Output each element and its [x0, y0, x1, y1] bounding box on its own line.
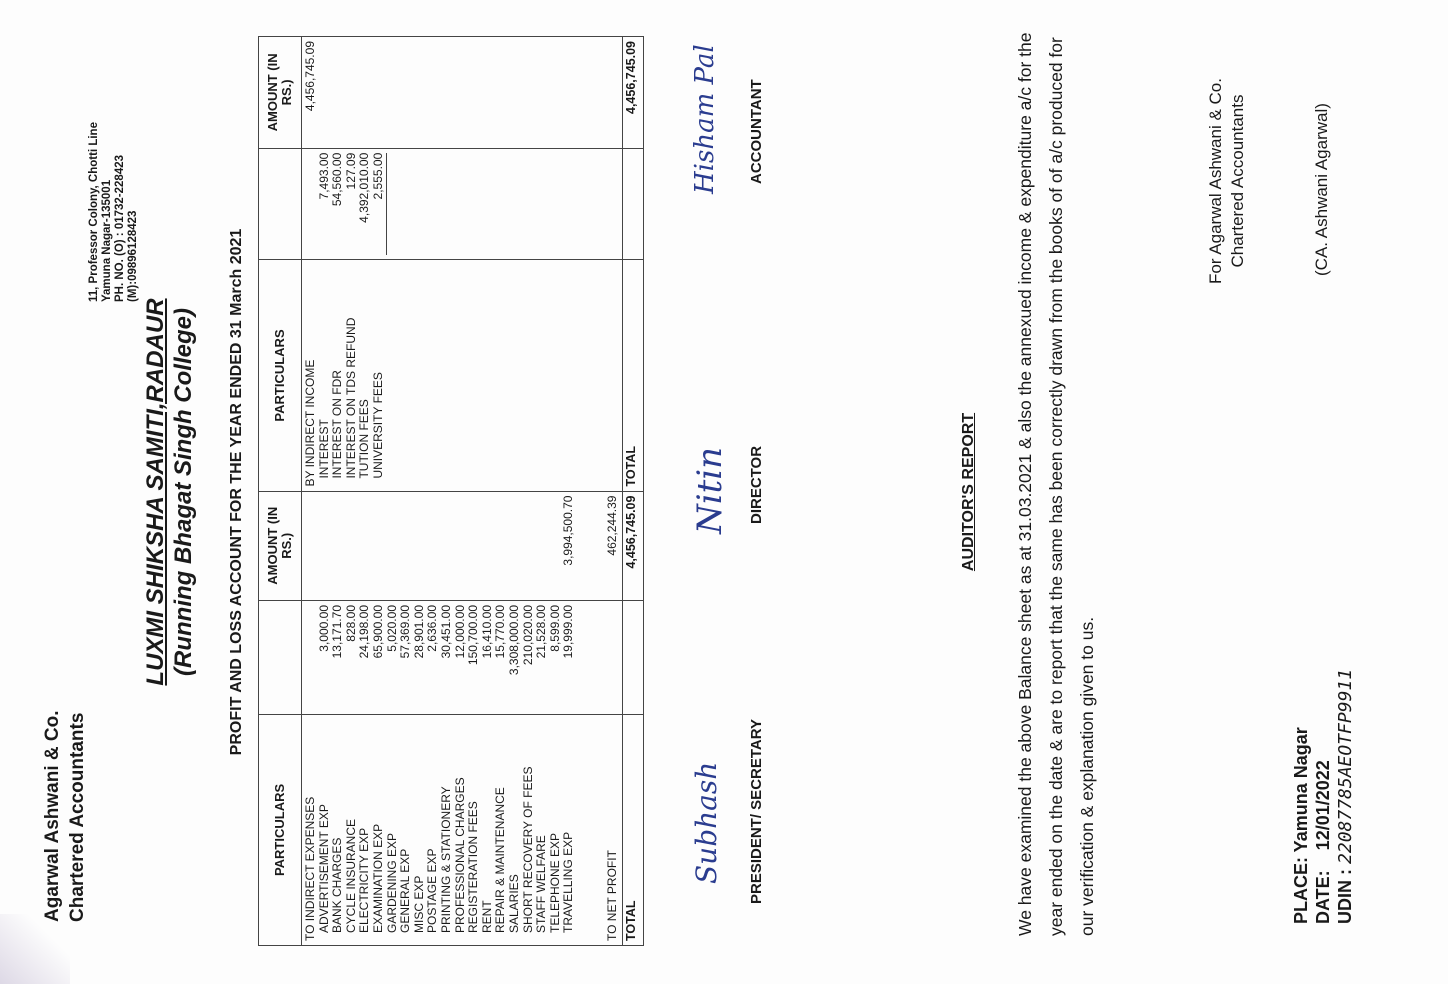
expense-item-amount: 65,900.00 — [372, 605, 386, 710]
director-label: DIRECTOR — [748, 446, 765, 524]
total-label-left: TOTAL — [622, 714, 643, 945]
income-item-label: UNIVERSITY FEES — [372, 264, 386, 486]
header-amount-right: AMOUNT (IN RS.) — [259, 37, 302, 149]
document-page: Agarwal Ashwani & Co. Chartered Accounta… — [0, 0, 1448, 984]
income-item-amount: 127.09 — [345, 153, 359, 256]
expense-item-amount: 57,369.00 — [399, 605, 413, 710]
organization-header: LUXMI SHIKSHA SAMITI,RADAUR (Running Bha… — [142, 0, 198, 984]
income-item-amount: 7,493.00 — [318, 153, 332, 256]
table-body-row: TO INDIRECT EXPENSES ADVERTISEMENT EXPBA… — [302, 37, 623, 946]
header-particulars-left: PARTICULARS — [259, 714, 302, 945]
expense-item-amount: 19,999.00 — [562, 605, 576, 710]
expense-item-label: SALARIES — [508, 719, 522, 941]
table-total-row: TOTAL 4,456,745.09 TOTAL 4,456,745.09 — [622, 37, 643, 946]
expense-item-label: GENERAL EXP — [399, 719, 413, 941]
income-group-label: BY INDIRECT INCOME — [304, 264, 318, 486]
expense-item-label: GARDENING EXP — [386, 719, 400, 941]
expense-item-label: BANK CHARGES — [331, 719, 345, 941]
total-label-right: TOTAL — [622, 260, 643, 491]
expense-item-amount: 28,901.00 — [413, 605, 427, 710]
total-amount-left: 4,456,745.09 — [622, 491, 643, 600]
expense-item-label: STAFF WELFARE — [535, 719, 549, 941]
address-line: Yamuna Nagar-135001 — [101, 122, 114, 302]
income-item-amount: 54,560.00 — [331, 153, 345, 256]
expense-item-label: REPAIR & MAINTENANCE — [494, 719, 508, 941]
expense-subtotals: 3,994,500.70 462,244.39 — [302, 491, 623, 600]
expense-item-amount: 8,599.00 — [549, 605, 563, 710]
expense-item-label: TELEPHONE EXP — [549, 719, 563, 941]
udin-value: 22087785AEOTFP9911 — [1335, 669, 1356, 864]
organization-name: LUXMI SHIKSHA SAMITI,RADAUR — [142, 0, 170, 984]
expense-item-amount: 3,000.00 — [318, 605, 332, 710]
total-amount-right: 4,456,745.09 — [622, 37, 643, 149]
expense-item-amount: 150,700.00 — [467, 605, 481, 710]
expense-item-amount: 21,528.00 — [535, 605, 549, 710]
expense-item-amount: 828.00 — [345, 605, 359, 710]
expense-item-amount: 13,171.70 — [331, 605, 345, 710]
place-label: PLACE: — [1291, 857, 1311, 924]
expense-item-label: MISC EXP — [413, 719, 427, 941]
place-date-block: PLACE: Yamuna Nagar DATE: 12/01/2022 UDI… — [1290, 669, 1357, 924]
income-item-label: INTEREST ON FDR — [331, 264, 345, 486]
income-amounts: 7,493.0054,560.00127.094,392,010.002,555… — [302, 148, 623, 260]
director-signature: Nitin — [690, 447, 730, 534]
income-item-label: INTEREST ON TDS REFUND — [345, 264, 359, 486]
firm-address: 11, Professor Colony, Chotti Line Yamuna… — [88, 122, 140, 302]
expense-item-label: REGISTERATION FEES — [467, 719, 481, 941]
expense-item-amount: 5,020.00 — [386, 605, 400, 710]
expense-item-amount: 24,198.00 — [358, 605, 372, 710]
net-profit-label: TO NET PROFIT — [606, 719, 620, 941]
statement-title: PROFIT AND LOSS ACCOUNT FOR THE YEAR END… — [228, 0, 246, 984]
expense-item-label: SHORT RECOVERY OF FEES — [522, 719, 536, 941]
expense-item-label: ELECTRICITY EXP — [358, 719, 372, 941]
for-firm-subtitle: Chartered Accountants — [1227, 78, 1249, 284]
president-signature: Subhash — [690, 762, 723, 884]
income-item-label: TUTION FEES — [358, 264, 372, 486]
firm-name: Agarwal Ashwani & Co. — [40, 711, 65, 923]
place-value: Yamuna Nagar — [1291, 727, 1311, 852]
firm-subtitle: Chartered Accountants — [65, 711, 90, 923]
expense-item-amount: 12,000.00 — [454, 605, 468, 710]
scanned-document: Agarwal Ashwani & Co. Chartered Accounta… — [0, 0, 1448, 984]
address-line: 11, Professor Colony, Chotti Line — [88, 122, 101, 302]
expense-item-label: EXAMINATION EXP — [372, 719, 386, 941]
expense-item-label: TRAVELLING EXP — [562, 719, 576, 941]
header-amount-left: AMOUNT (IN RS.) — [259, 491, 302, 600]
address-line: PH. NO. (O) : 01732-228423 — [114, 122, 127, 302]
profit-loss-table: PARTICULARS AMOUNT (IN RS.) PARTICULARS … — [258, 36, 644, 946]
expense-item-label: RENT — [481, 719, 495, 941]
expense-group-label: TO INDIRECT EXPENSES — [304, 719, 318, 941]
income-labels: BY INDIRECT INCOME INTERESTINTEREST ON F… — [302, 260, 623, 491]
expense-item-amount: 16,410.00 — [481, 605, 495, 710]
auditor-report-title: AUDITOR'S REPORT — [960, 0, 978, 984]
auditor-report-body: We have examined the above Balance sheet… — [1010, 16, 1103, 936]
expense-item-label: ADVERTISEMENT EXP — [318, 719, 332, 941]
accountant-signature: Hisham Pal — [690, 44, 720, 194]
income-item-amount: 4,392,010.00 — [358, 153, 372, 256]
udin-label: UDIN : — [1335, 869, 1355, 924]
expense-item-amount: 30,451.00 — [440, 605, 454, 710]
organization-subtitle: (Running Bhagat Singh College) — [170, 0, 198, 984]
expense-item-label: CYCLE INSURANCE — [345, 719, 359, 941]
scan-smudge — [0, 914, 70, 984]
expense-group-total: 3,994,500.70 — [562, 496, 576, 596]
income-item-label: INTEREST — [318, 264, 332, 486]
expense-item-amount: 3,308,000.00 — [508, 605, 522, 710]
income-item-amount: 2,555.00 — [372, 153, 387, 256]
expense-item-label: POSTAGE EXP — [426, 719, 440, 941]
president-secretary-label: PRESIDENT/ SECRETARY — [748, 719, 765, 904]
net-profit-amount: 462,244.39 — [606, 496, 620, 596]
address-line: (M):09896128423 — [127, 122, 140, 302]
expense-item-amount: 2,636.00 — [426, 605, 440, 710]
expense-item-label: PROFESSIONAL CHARGES — [454, 719, 468, 941]
expense-item-amount: 15,770.00 — [494, 605, 508, 710]
income-subtotals: 4,456,745.09 — [302, 37, 623, 149]
expense-item-amount: 210,020.00 — [522, 605, 536, 710]
expense-labels: TO INDIRECT EXPENSES ADVERTISEMENT EXPBA… — [302, 714, 623, 945]
income-group-total: 4,456,745.09 — [304, 41, 318, 144]
for-firm-name: For Agarwal Ashwani & Co. — [1205, 78, 1227, 284]
firm-header: Agarwal Ashwani & Co. Chartered Accounta… — [40, 711, 90, 923]
table-header-row: PARTICULARS AMOUNT (IN RS.) PARTICULARS … — [259, 37, 302, 946]
header-particulars-right: PARTICULARS — [259, 260, 302, 491]
accountant-label: ACCOUNTANT — [748, 79, 765, 184]
auditor-signatory: (CA. Ashwani Agarwal) — [1312, 103, 1332, 276]
expense-item-label: PRINTING & STATIONERY — [440, 719, 454, 941]
auditor-firm-block: For Agarwal Ashwani & Co. Chartered Acco… — [1205, 78, 1249, 284]
date-value: 12/01/2022 — [1313, 760, 1333, 850]
expense-amounts: 3,000.0013,171.70828.0024,198.0065,900.0… — [302, 601, 623, 715]
date-label: DATE: — [1313, 870, 1333, 924]
